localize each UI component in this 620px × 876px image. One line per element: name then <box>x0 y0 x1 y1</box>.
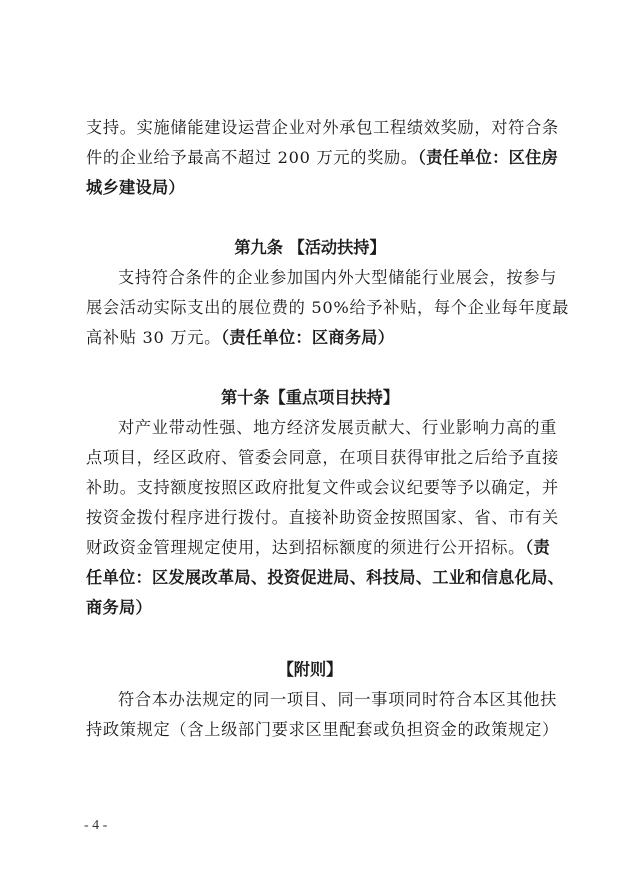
body-line: 补助。支持额度按照区政府批复文件或会议纪要等予以确定，并 <box>86 478 542 498</box>
body-line: 符合本办法规定的同一项目、同一事项同时符合本区其他扶 <box>118 690 542 710</box>
body-line: 件的企业给予最高不超过 200 万元的奖励。（责任单位：区住房 <box>86 148 542 168</box>
document-page: 支持。实施储能建设运营企业对外承包工程绩效奖励，对符合条 件的企业给予最高不超过… <box>0 0 620 876</box>
body-line: 支持。实施储能建设运营企业对外承包工程绩效奖励，对符合条 <box>86 118 542 138</box>
appendix-heading: 【附则】 <box>0 660 620 680</box>
body-line: 支持符合条件的企业参加国内外大型储能行业展会，按参与 <box>118 268 542 288</box>
article-heading: 第九条 【活动扶持】 <box>0 238 620 258</box>
responsible-unit: （责 <box>525 538 550 557</box>
body-line: 财政资金管理规定使用，达到招标额度的须进行公开招标。（责 <box>86 538 542 558</box>
responsible-unit: 城乡建设局） <box>86 178 542 198</box>
body-text: 高补贴 30 万元。 <box>86 328 221 347</box>
page-number: - 4 - <box>84 818 107 834</box>
body-line: 对产业带动性强、地方经济发展贡献大、行业影响力高的重 <box>118 418 542 438</box>
responsible-unit: 任单位：区发展改革局、投资促进局、科技局、工业和信息化局、 <box>86 568 542 588</box>
body-text: 财政资金管理规定使用，达到招标额度的须进行公开招标。 <box>86 538 525 557</box>
body-line: 展会活动实际支出的展位费的 50%给予补贴，每个企业每年度最 <box>86 298 542 318</box>
body-line: 按资金拨付程序进行拨付。直接补助资金按照国家、省、市有关 <box>86 508 542 528</box>
article-heading: 第十条【重点项目扶持】 <box>0 388 620 408</box>
responsible-unit: （责任单位：区商务局） <box>221 328 394 347</box>
body-line: 点项目，经区政府、管委会同意，在项目获得审批之后给予直接 <box>86 448 542 468</box>
body-text: 件的企业给予最高不超过 200 万元的奖励。 <box>86 148 418 167</box>
responsible-unit: （责任单位：区住房 <box>418 148 558 167</box>
body-line: 持政策规定（含上级部门要求区里配套或负担资金的政策规定） <box>86 720 542 740</box>
responsible-unit: 商务局） <box>86 598 542 618</box>
body-line: 高补贴 30 万元。（责任单位：区商务局） <box>86 328 542 348</box>
